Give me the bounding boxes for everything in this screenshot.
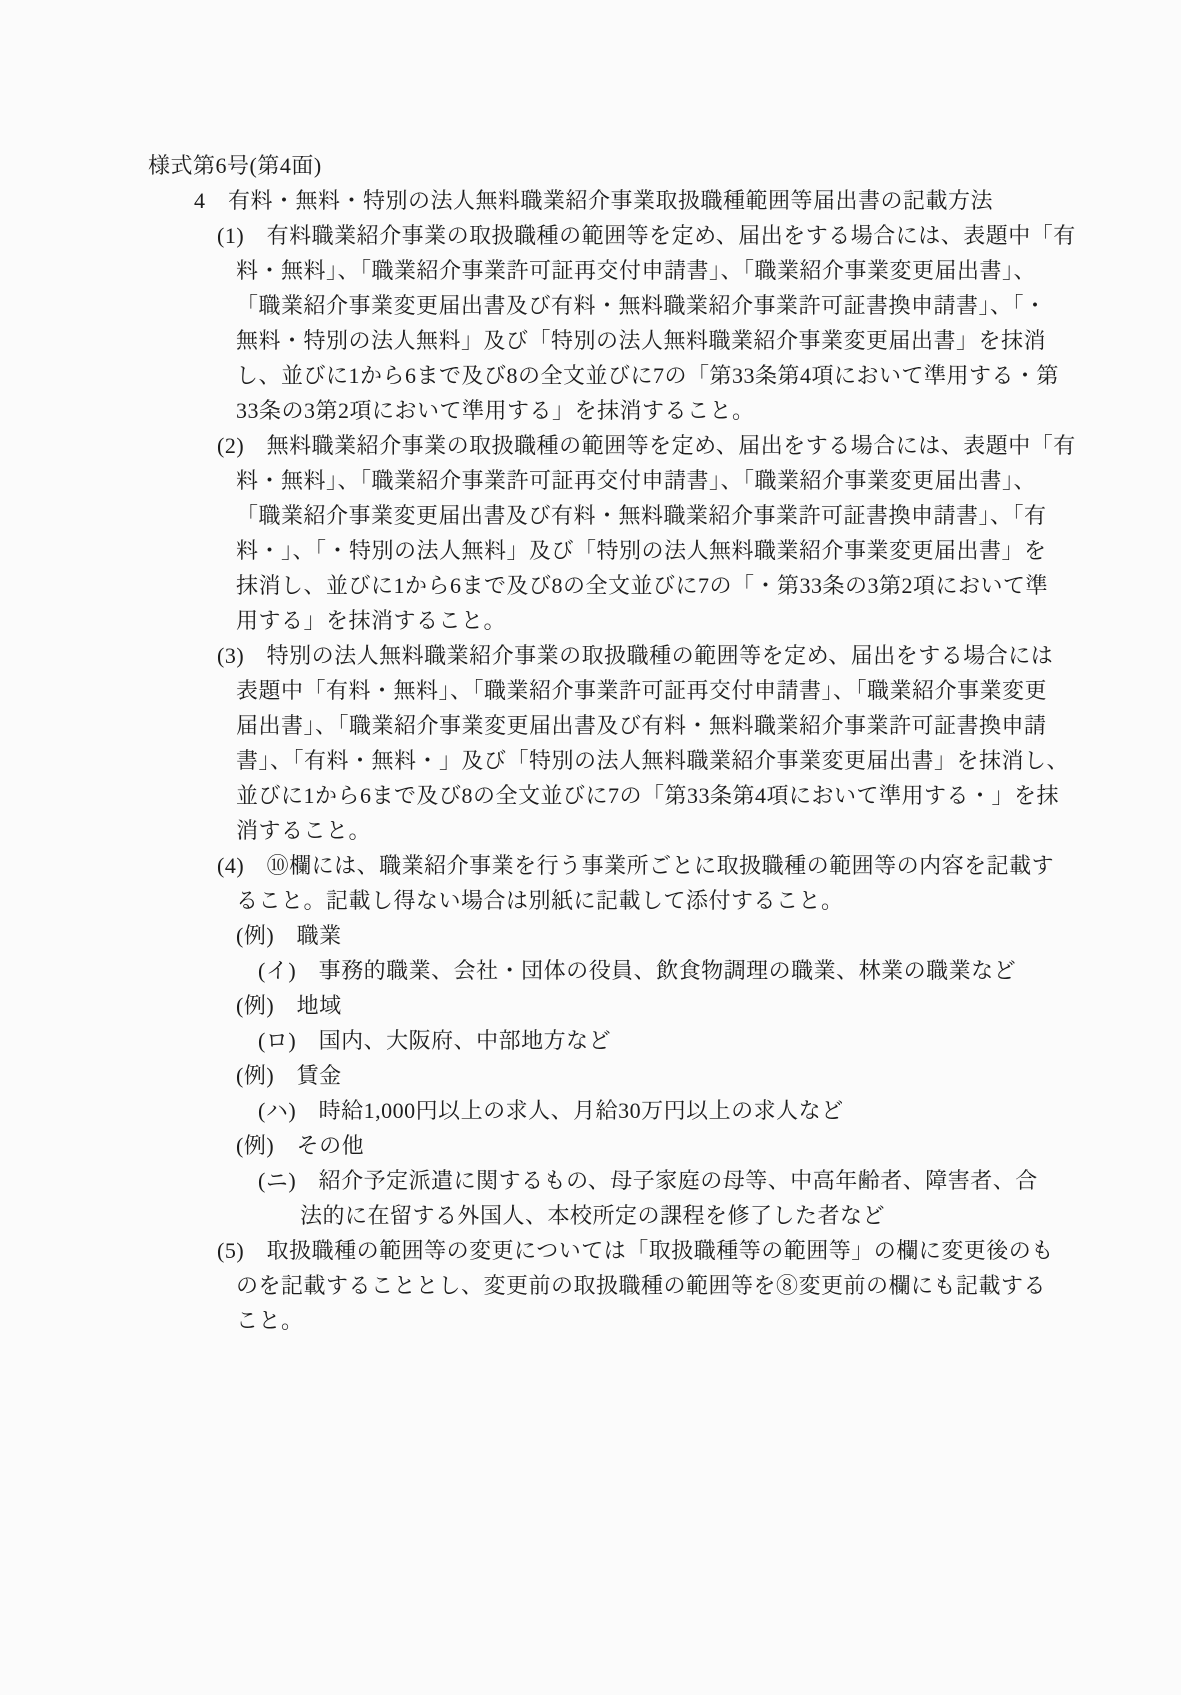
text-line: (4) ⑩欄には、職業紹介事業を行う事業所ごとに取扱職種の範囲等の内容を記載す: [217, 848, 1181, 883]
text-line: (5) 取扱職種の範囲等の変更については「取扱職種等の範囲等」の欄に変更後のも: [217, 1233, 1181, 1268]
text-line: 33条の3第2項において準用する」を抹消すること。: [236, 393, 1181, 428]
text-line: (ニ) 紹介予定派遣に関するもの、母子家庭の母等、中高年齢者、障害者、合: [258, 1163, 1181, 1198]
text-line: (例) 賃金: [236, 1058, 1181, 1093]
text-line: 用する」を抹消すること。: [236, 603, 1181, 638]
document-body: 4 有料・無料・特別の法人無料職業紹介事業取扱職種範囲等届出書の記載方法(1) …: [0, 183, 1181, 1338]
text-line: 無料・特別の法人無料」及び「特別の法人無料職業紹介事業変更届出書」を抹消: [236, 323, 1181, 358]
text-line: (2) 無料職業紹介事業の取扱職種の範囲等を定め、届出をする場合には、表題中「有: [217, 428, 1181, 463]
form-number-header: 様式第6号(第4面): [148, 148, 1181, 183]
text-line: (例) 地域: [236, 988, 1181, 1023]
text-line: 料・無料」、「職業紹介事業許可証再交付申請書」、「職業紹介事業変更届出書」、: [236, 253, 1181, 288]
document-page: 様式第6号(第4面) 4 有料・無料・特別の法人無料職業紹介事業取扱職種範囲等届…: [0, 0, 1181, 1695]
text-line: 表題中「有料・無料」、「職業紹介事業許可証再交付申請書」、「職業紹介事業変更: [236, 673, 1181, 708]
text-line: ること。記載し得ない場合は別紙に記載して添付すること。: [236, 883, 1181, 918]
text-line: し、並びに1から6まで及び8の全文並びに7の「第33条第4項において準用する・第: [236, 358, 1181, 393]
text-line: 並びに1から6まで及び8の全文並びに7の「第33条第4項において準用する・」を抹: [236, 778, 1181, 813]
text-line: 届出書」、「職業紹介事業変更届出書及び有料・無料職業紹介事業許可証書換申請: [236, 708, 1181, 743]
text-line: 料・無料」、「職業紹介事業許可証再交付申請書」、「職業紹介事業変更届出書」、: [236, 463, 1181, 498]
text-line: (ハ) 時給1,000円以上の求人、月給30万円以上の求人など: [258, 1093, 1181, 1128]
text-line: (ロ) 国内、大阪府、中部地方など: [258, 1023, 1181, 1058]
text-line: 消すること。: [236, 813, 1181, 848]
text-line: 書」、「有料・無料・」及び「特別の法人無料職業紹介事業変更届出書」を抹消し、: [236, 743, 1181, 778]
text-line: (1) 有料職業紹介事業の取扱職種の範囲等を定め、届出をする場合には、表題中「有: [217, 218, 1181, 253]
text-line: (イ) 事務的職業、会社・団体の役員、飲食物調理の職業、林業の職業など: [258, 953, 1181, 988]
text-line: 4 有料・無料・特別の法人無料職業紹介事業取扱職種範囲等届出書の記載方法: [194, 183, 1181, 218]
text-line: 「職業紹介事業変更届出書及び有料・無料職業紹介事業許可証書換申請書」、「・: [236, 288, 1181, 323]
text-line: 法的に在留する外国人、本校所定の課程を修了した者など: [300, 1198, 1181, 1233]
text-line: こと。: [236, 1303, 1181, 1338]
text-line: (例) 職業: [236, 918, 1181, 953]
text-line: のを記載することとし、変更前の取扱職種の範囲等を⑧変更前の欄にも記載する: [236, 1268, 1181, 1303]
text-line: 「職業紹介事業変更届出書及び有料・無料職業紹介事業許可証書換申請書」、「有: [236, 498, 1181, 533]
text-line: 抹消し、並びに1から6まで及び8の全文並びに7の「・第33条の3第2項において準: [236, 568, 1181, 603]
text-line: 料・」、「・特別の法人無料」及び「特別の法人無料職業紹介事業変更届出書」を: [236, 533, 1181, 568]
text-line: (例) その他: [236, 1128, 1181, 1163]
text-line: (3) 特別の法人無料職業紹介事業の取扱職種の範囲等を定め、届出をする場合には: [217, 638, 1181, 673]
